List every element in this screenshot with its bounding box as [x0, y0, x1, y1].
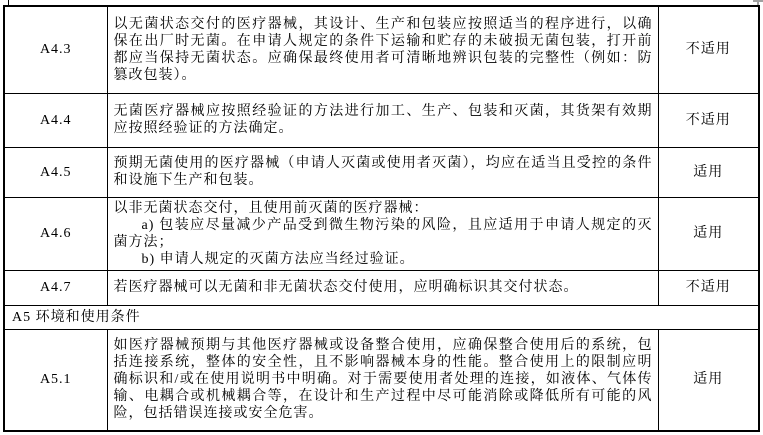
- row-a4-4: A4.4 无菌医疗器械应按照经验证的方法进行加工、生产、包装和灭菌，其货架有效期…: [4, 93, 759, 147]
- document-page: { "page": { "background": "#ffffff", "bo…: [0, 0, 763, 435]
- description-text: 如医疗器械预期与其他医疗器械或设备整合使用，应确保整合使用后的系统，包括连接系统…: [114, 337, 653, 422]
- clause-description: 若医疗器械可以无菌和非无菌状态交付使用，应明确标识其交付状态。: [107, 270, 658, 305]
- description-intro: 以非无菌状态交付，且使用前灭菌的医疗器械：: [114, 200, 653, 217]
- applicability-status: 不适用: [658, 270, 759, 305]
- applicability-status: 不适用: [658, 93, 759, 147]
- clause-code: A4.7: [4, 270, 107, 305]
- description-item-a: a) 包装应尽量减少产品受到微生物污染的风险，且应适用于申请人规定的灭菌方法；: [114, 217, 653, 251]
- clause-description: 以无菌状态交付的医疗器械，其设计、生产和包装应按照适当的程序进行，以确保在出厂时…: [107, 6, 658, 93]
- description-text: 以无菌状态交付的医疗器械，其设计、生产和包装应按照适当的程序进行，以确保在出厂时…: [114, 16, 653, 84]
- clause-code: A4.5: [4, 147, 107, 197]
- clause-description: 如医疗器械预期与其他医疗器械或设备整合使用，应确保整合使用后的系统，包括连接系统…: [107, 329, 658, 431]
- row-a5-1: A5.1 如医疗器械预期与其他医疗器械或设备整合使用，应确保整合使用后的系统，包…: [4, 329, 759, 431]
- description-text: 预期无菌使用的医疗器械（申请人灭菌或使用者灭菌），均应在适当且受控的条件和设施下…: [114, 155, 653, 189]
- applicability-status: 适用: [658, 197, 759, 270]
- clause-code: A4.6: [4, 197, 107, 270]
- applicability-status: 不适用: [658, 6, 759, 93]
- section-header: A5 环境和使用条件: [4, 305, 759, 329]
- requirements-checklist-table: A4.3 以无菌状态交付的医疗器械，其设计、生产和包装应按照适当的程序进行，以确…: [3, 5, 760, 432]
- applicability-status: 适用: [658, 329, 759, 431]
- row-a4-6: A4.6 以非无菌状态交付，且使用前灭菌的医疗器械： a) 包装应尽量减少产品受…: [4, 197, 759, 270]
- description-text: 无菌医疗器械应按照经验证的方法进行加工、生产、包装和灭菌，其货架有效期应按照经验…: [114, 103, 653, 137]
- row-a4-7: A4.7 若医疗器械可以无菌和非无菌状态交付使用，应明确标识其交付状态。 不适用: [4, 270, 759, 305]
- clause-description: 预期无菌使用的医疗器械（申请人灭菌或使用者灭菌），均应在适当且受控的条件和设施下…: [107, 147, 658, 197]
- clause-code: A4.3: [4, 6, 107, 93]
- row-a4-5: A4.5 预期无菌使用的医疗器械（申请人灭菌或使用者灭菌），均应在适当且受控的条…: [4, 147, 759, 197]
- description-item-b: b) 申请人规定的灭菌方法应当经过验证。: [114, 251, 653, 268]
- clause-code: A4.4: [4, 93, 107, 147]
- clause-code: A5.1: [4, 329, 107, 431]
- row-a4-3: A4.3 以无菌状态交付的医疗器械，其设计、生产和包装应按照适当的程序进行，以确…: [4, 6, 759, 93]
- row-section-a5: A5 环境和使用条件: [4, 305, 759, 329]
- clause-description: 以非无菌状态交付，且使用前灭菌的医疗器械： a) 包装应尽量减少产品受到微生物污…: [107, 197, 658, 270]
- description-text: 若医疗器械可以无菌和非无菌状态交付使用，应明确标识其交付状态。: [114, 279, 653, 296]
- clause-description: 无菌医疗器械应按照经验证的方法进行加工、生产、包装和灭菌，其货架有效期应按照经验…: [107, 93, 658, 147]
- applicability-status: 适用: [658, 147, 759, 197]
